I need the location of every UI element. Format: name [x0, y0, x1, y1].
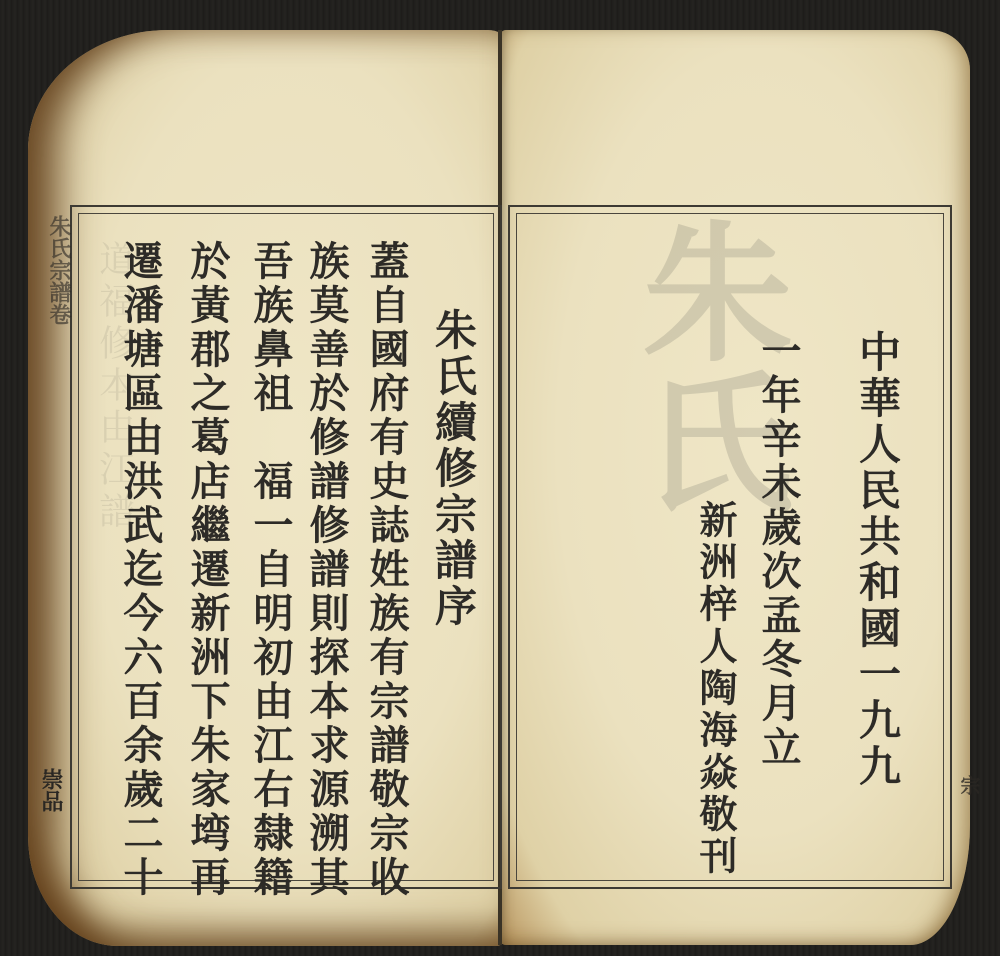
margin-volume-label: 朱氏宗譜卷: [44, 215, 75, 325]
date-column-2: 一年辛未歲次孟冬月立: [758, 330, 798, 770]
text-column-4: 於黃郡之葛店繼遷新洲下朱家塆再: [187, 240, 227, 900]
margin-bottom-label: 崇品: [36, 768, 67, 812]
date-column-1: 中華人民共和國一九九: [856, 330, 898, 790]
right-margin-label: 宗: [955, 775, 984, 795]
text-column-3: 吾族鼻祖 福一自明初由江右隸籍: [250, 240, 290, 900]
text-column-1: 蓋自國府有史誌姓族有宗譜敬宗收: [366, 240, 406, 900]
text-column-2: 族莫善於修譜修譜則探本求源溯其: [306, 240, 346, 900]
text-column-5: 遷潘塘區由洪武迄今六百余歲二十: [120, 240, 160, 900]
printer-credit-column: 新洲梓人陶海焱敬刊: [696, 500, 734, 878]
preface-title: 朱氏續修宗譜序: [432, 308, 474, 630]
